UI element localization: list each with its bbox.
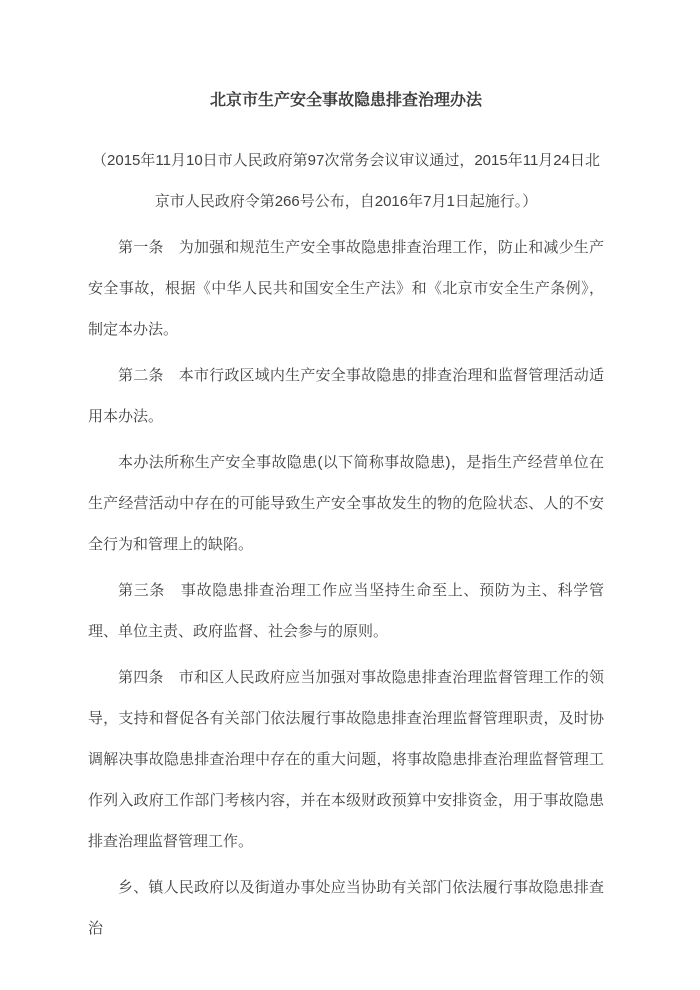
body-paragraph: 第三条 事故隐患排查治理工作应当坚持生命至上、预防为主、科学管理、单位主责、政府… xyxy=(88,570,604,652)
promulgation-note: （2015年11月10日市人民政府第97次常务会议审议通过，2015年11月24… xyxy=(88,140,604,222)
body-paragraph: 第四条 市和区人民政府应当加强对事故隐患排查治理监督管理工作的领导，支持和督促各… xyxy=(88,657,604,862)
body-paragraph: 乡、镇人民政府以及街道办事处应当协助有关部门依法履行事故隐患排查治 xyxy=(88,867,604,949)
body-paragraph: 本办法所称生产安全事故隐患(以下简称事故隐患)，是指生产经营单位在生产经营活动中… xyxy=(88,442,604,565)
body-paragraph: 第二条 本市行政区域内生产安全事故隐患的排查治理和监督管理活动适用本办法。 xyxy=(88,355,604,437)
body-paragraph: 第一条 为加强和规范生产安全事故隐患排查治理工作，防止和减少生产安全事故，根据《… xyxy=(88,227,604,350)
document-page: 北京市生产安全事故隐患排查治理办法 （2015年11月10日市人民政府第97次常… xyxy=(0,0,700,990)
document-title: 北京市生产安全事故隐患排查治理办法 xyxy=(88,90,604,112)
document-body: 第一条 为加强和规范生产安全事故隐患排查治理工作，防止和减少生产安全事故，根据《… xyxy=(88,227,604,949)
